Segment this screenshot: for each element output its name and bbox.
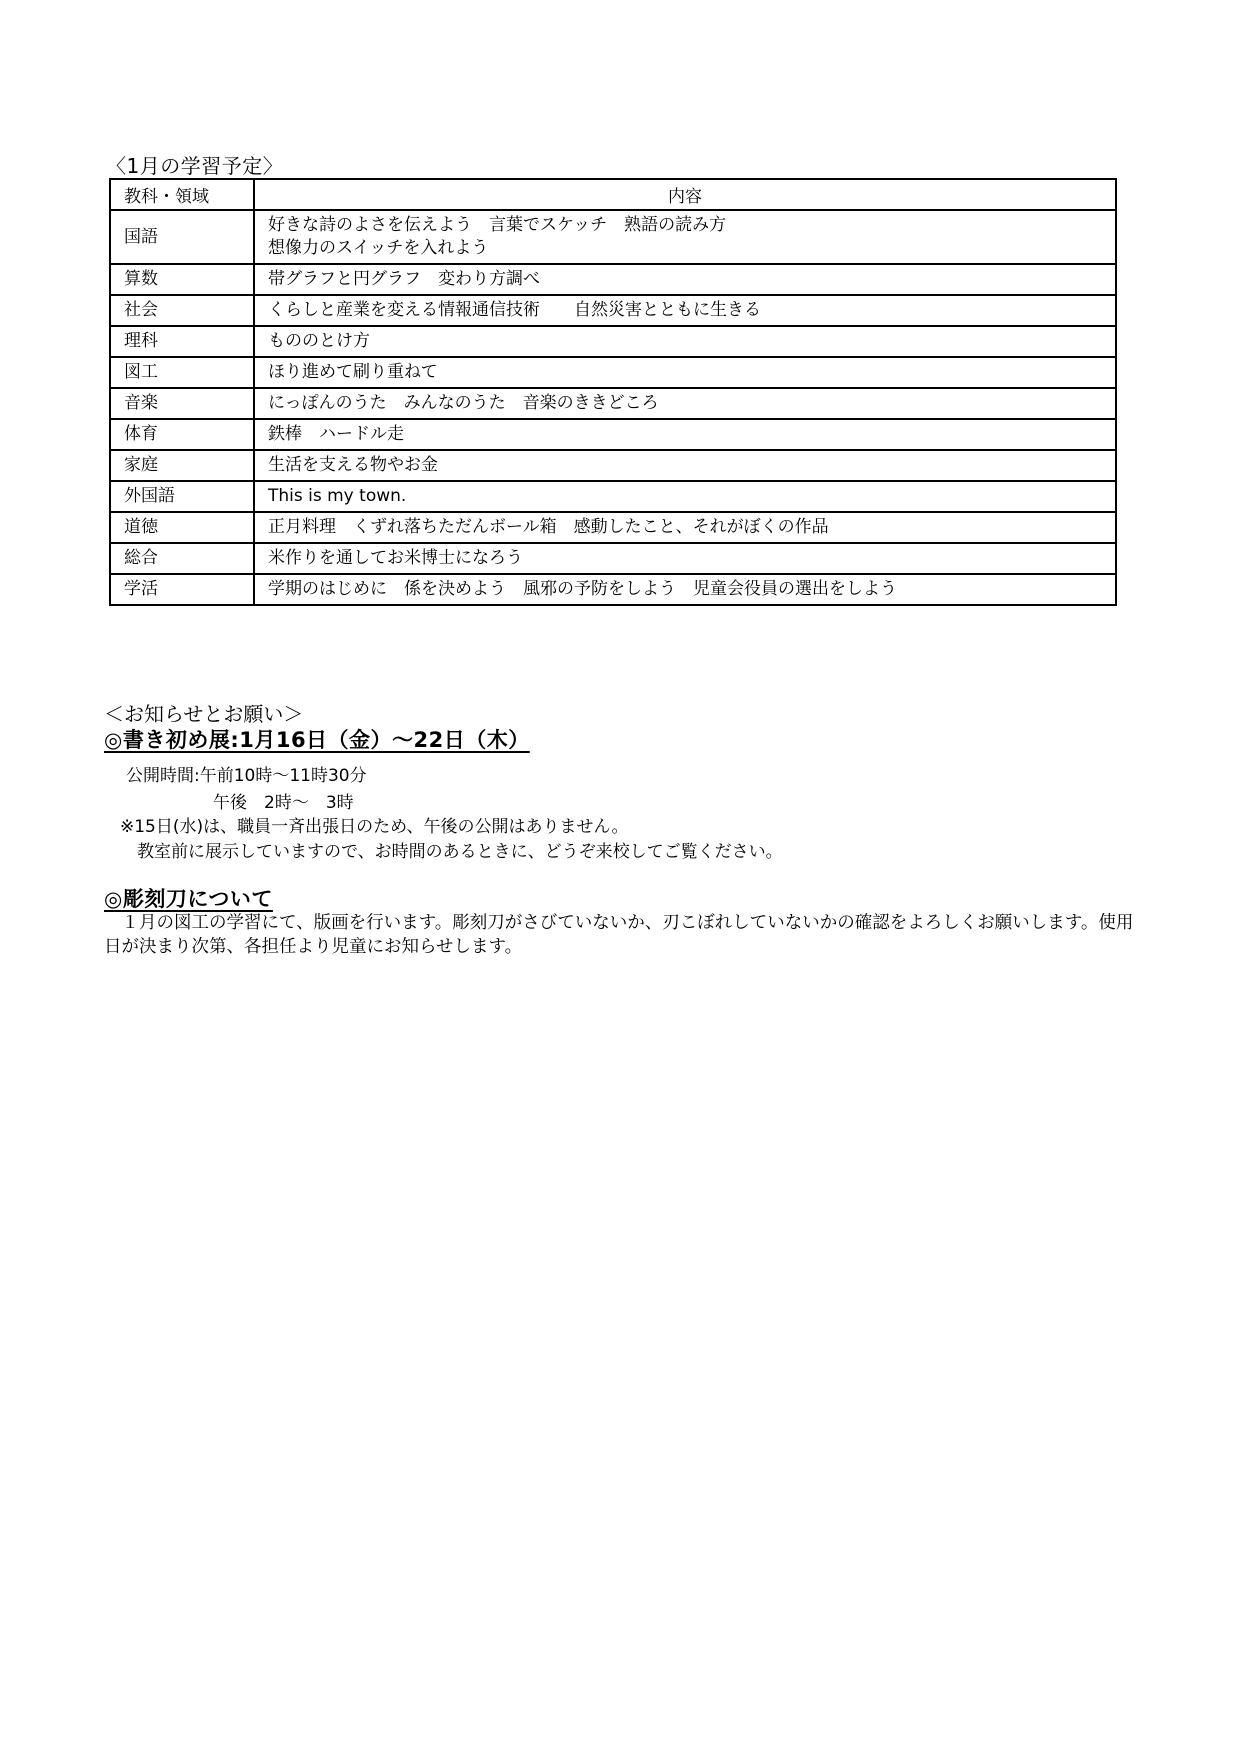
notices-section-title: ＜お知らせとお願い＞	[104, 698, 303, 727]
content-cell: 正月料理 くずれ落ちただんボール箱 感動したこと、それがぼくの作品	[254, 512, 1116, 543]
study-plan-table: 教科・領域 内容 国語 好きな詩のよさを伝えよう 言葉でスケッチ 熟語の読み方 …	[109, 178, 1117, 606]
subject-cell: 図工	[110, 357, 254, 388]
table-row: 国語 好きな詩のよさを伝えよう 言葉でスケッチ 熟語の読み方 想像力のスイッチを…	[110, 210, 1116, 264]
table-row: 社会 くらしと産業を変える情報通信技術 自然災害とともに生きる	[110, 295, 1116, 326]
carving-knife-paragraph: １月の図工の学習にて、版画を行います。彫刻刀がさびていないか、刃こぼれしていない…	[104, 911, 1150, 959]
table-row: 外国語 This is my town.	[110, 481, 1116, 512]
table-row: 図工 ほり進めて刷り重ねて	[110, 357, 1116, 388]
subject-cell: 体育	[110, 419, 254, 450]
subject-cell: 総合	[110, 543, 254, 574]
subject-cell: 外国語	[110, 481, 254, 512]
content-cell: 米作りを通してお米博士になろう	[254, 543, 1116, 574]
header-subject: 教科・領域	[110, 179, 254, 210]
subject-cell: 家庭	[110, 450, 254, 481]
table-row: 総合 米作りを通してお米博士になろう	[110, 543, 1116, 574]
page-title: 〈1月の学習予定〉	[106, 150, 283, 179]
header-content: 内容	[254, 179, 1116, 210]
kakizome-exhibition-heading: ◎書き初め展:1月16日（金）～22日（木）	[104, 724, 530, 754]
content-cell: 鉄棒 ハードル走	[254, 419, 1116, 450]
subject-cell: 社会	[110, 295, 254, 326]
subject-cell: 学活	[110, 574, 254, 605]
kakizome-hours-line2: 午後 2時～ 3時	[213, 788, 354, 813]
subject-cell: 理科	[110, 326, 254, 357]
content-cell: 生活を支える物やお金	[254, 450, 1116, 481]
table-row: 体育 鉄棒 ハードル走	[110, 419, 1116, 450]
content-cell: くらしと産業を変える情報通信技術 自然災害とともに生きる	[254, 295, 1116, 326]
table-row: 算数 帯グラフと円グラフ 変わり方調べ	[110, 264, 1116, 295]
table-header-row: 教科・領域 内容	[110, 179, 1116, 210]
subject-cell: 道徳	[110, 512, 254, 543]
content-cell: 学期のはじめに 係を決めよう 風邪の予防をしよう 児童会役員の選出をしよう	[254, 574, 1116, 605]
content-cell: This is my town.	[254, 481, 1116, 512]
kakizome-note-line1: ※15日(水)は、職員一斉出張日のため、午後の公開はありません。	[120, 812, 628, 837]
table-row: 家庭 生活を支える物やお金	[110, 450, 1116, 481]
content-cell: もののとけ方	[254, 326, 1116, 357]
table-row: 道徳 正月料理 くずれ落ちただんボール箱 感動したこと、それがぼくの作品	[110, 512, 1116, 543]
content-cell: 帯グラフと円グラフ 変わり方調べ	[254, 264, 1116, 295]
kakizome-note-line2: 教室前に展示していますので、お時間のあるときに、どうぞ来校してご覧ください。	[137, 837, 783, 862]
subject-cell: 国語	[110, 210, 254, 264]
subject-cell: 算数	[110, 264, 254, 295]
subject-cell: 音楽	[110, 388, 254, 419]
table-row: 音楽 にっぽんのうた みんなのうた 音楽のききどころ	[110, 388, 1116, 419]
carving-knife-heading: ◎彫刻刀について	[104, 883, 273, 913]
content-cell: にっぽんのうた みんなのうた 音楽のききどころ	[254, 388, 1116, 419]
table-row: 理科 もののとけ方	[110, 326, 1116, 357]
content-cell: ほり進めて刷り重ねて	[254, 357, 1116, 388]
content-cell: 好きな詩のよさを伝えよう 言葉でスケッチ 熟語の読み方 想像力のスイッチを入れよ…	[254, 210, 1116, 264]
newsletter-page: 〈1月の学習予定〉 教科・領域 内容 国語 好きな詩のよさを伝えよう 言葉でスケ…	[0, 0, 1242, 1755]
kakizome-hours-line1: 公開時間:午前10時～11時30分	[126, 761, 367, 786]
table-row: 学活 学期のはじめに 係を決めよう 風邪の予防をしよう 児童会役員の選出をしよう	[110, 574, 1116, 605]
